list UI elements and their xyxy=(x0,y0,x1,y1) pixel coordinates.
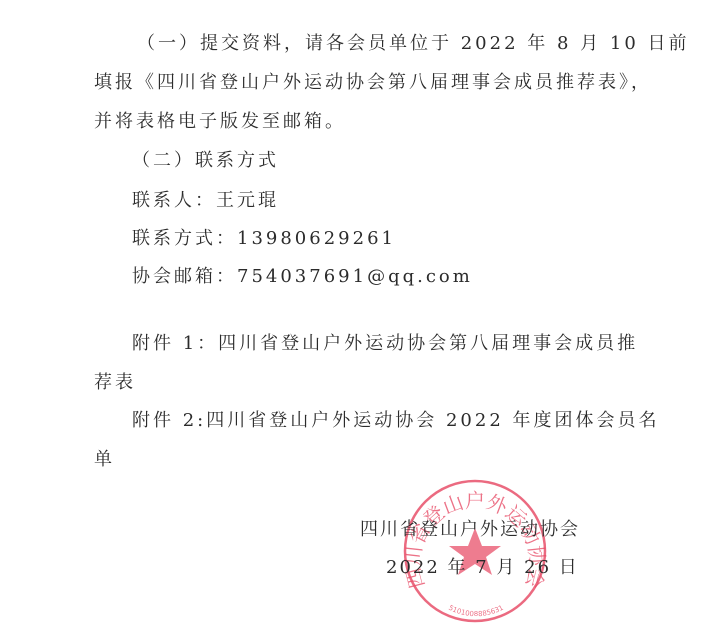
signature-date: 2022 年 7 月 26 日 xyxy=(386,557,579,579)
phone-label: 联系方式： xyxy=(132,228,237,249)
signature-organization: 四川省登山户外运动协会 xyxy=(360,519,580,541)
section1-line3: 并将表格电子版发至邮箱。 xyxy=(94,111,346,133)
contact-heading: （二）联系方式 xyxy=(132,150,279,172)
contact-person-name: 王元琨 xyxy=(216,190,279,211)
attachment-2-line1: 附件 2:四川省登山户外运动协会 2022 年度团体会员名 xyxy=(132,410,660,432)
svg-text:5101008885631: 5101008885631 xyxy=(447,604,505,618)
official-seal-stamp: 四川省登山户外运动协会 5101008885631 xyxy=(402,478,548,624)
attachment-1-line2: 荐表 xyxy=(94,372,136,394)
contact-phone: 联系方式：13980629261 xyxy=(132,228,396,250)
section1-line2: 填报《四川省登山户外运动协会第八届理事会成员推荐表》， xyxy=(94,72,652,94)
phone-number: 13980629261 xyxy=(237,228,396,249)
contact-person-label: 联系人： xyxy=(132,190,216,211)
email-address: 754037691@qq.com xyxy=(237,266,473,287)
contact-email: 协会邮箱：754037691@qq.com xyxy=(132,266,473,288)
email-label: 协会邮箱： xyxy=(132,266,237,287)
stamp-serial: 5101008885631 xyxy=(447,604,505,618)
contact-person: 联系人：王元琨 xyxy=(132,190,279,212)
attachment-2-line2: 单 xyxy=(94,449,115,471)
attachment-1-line1: 附件 1：四川省登山户外运动协会第八届理事会成员推 xyxy=(132,333,638,355)
section1-line1: （一）提交资料，请各会员单位于 2022 年 8 月 10 日前 xyxy=(137,33,690,55)
